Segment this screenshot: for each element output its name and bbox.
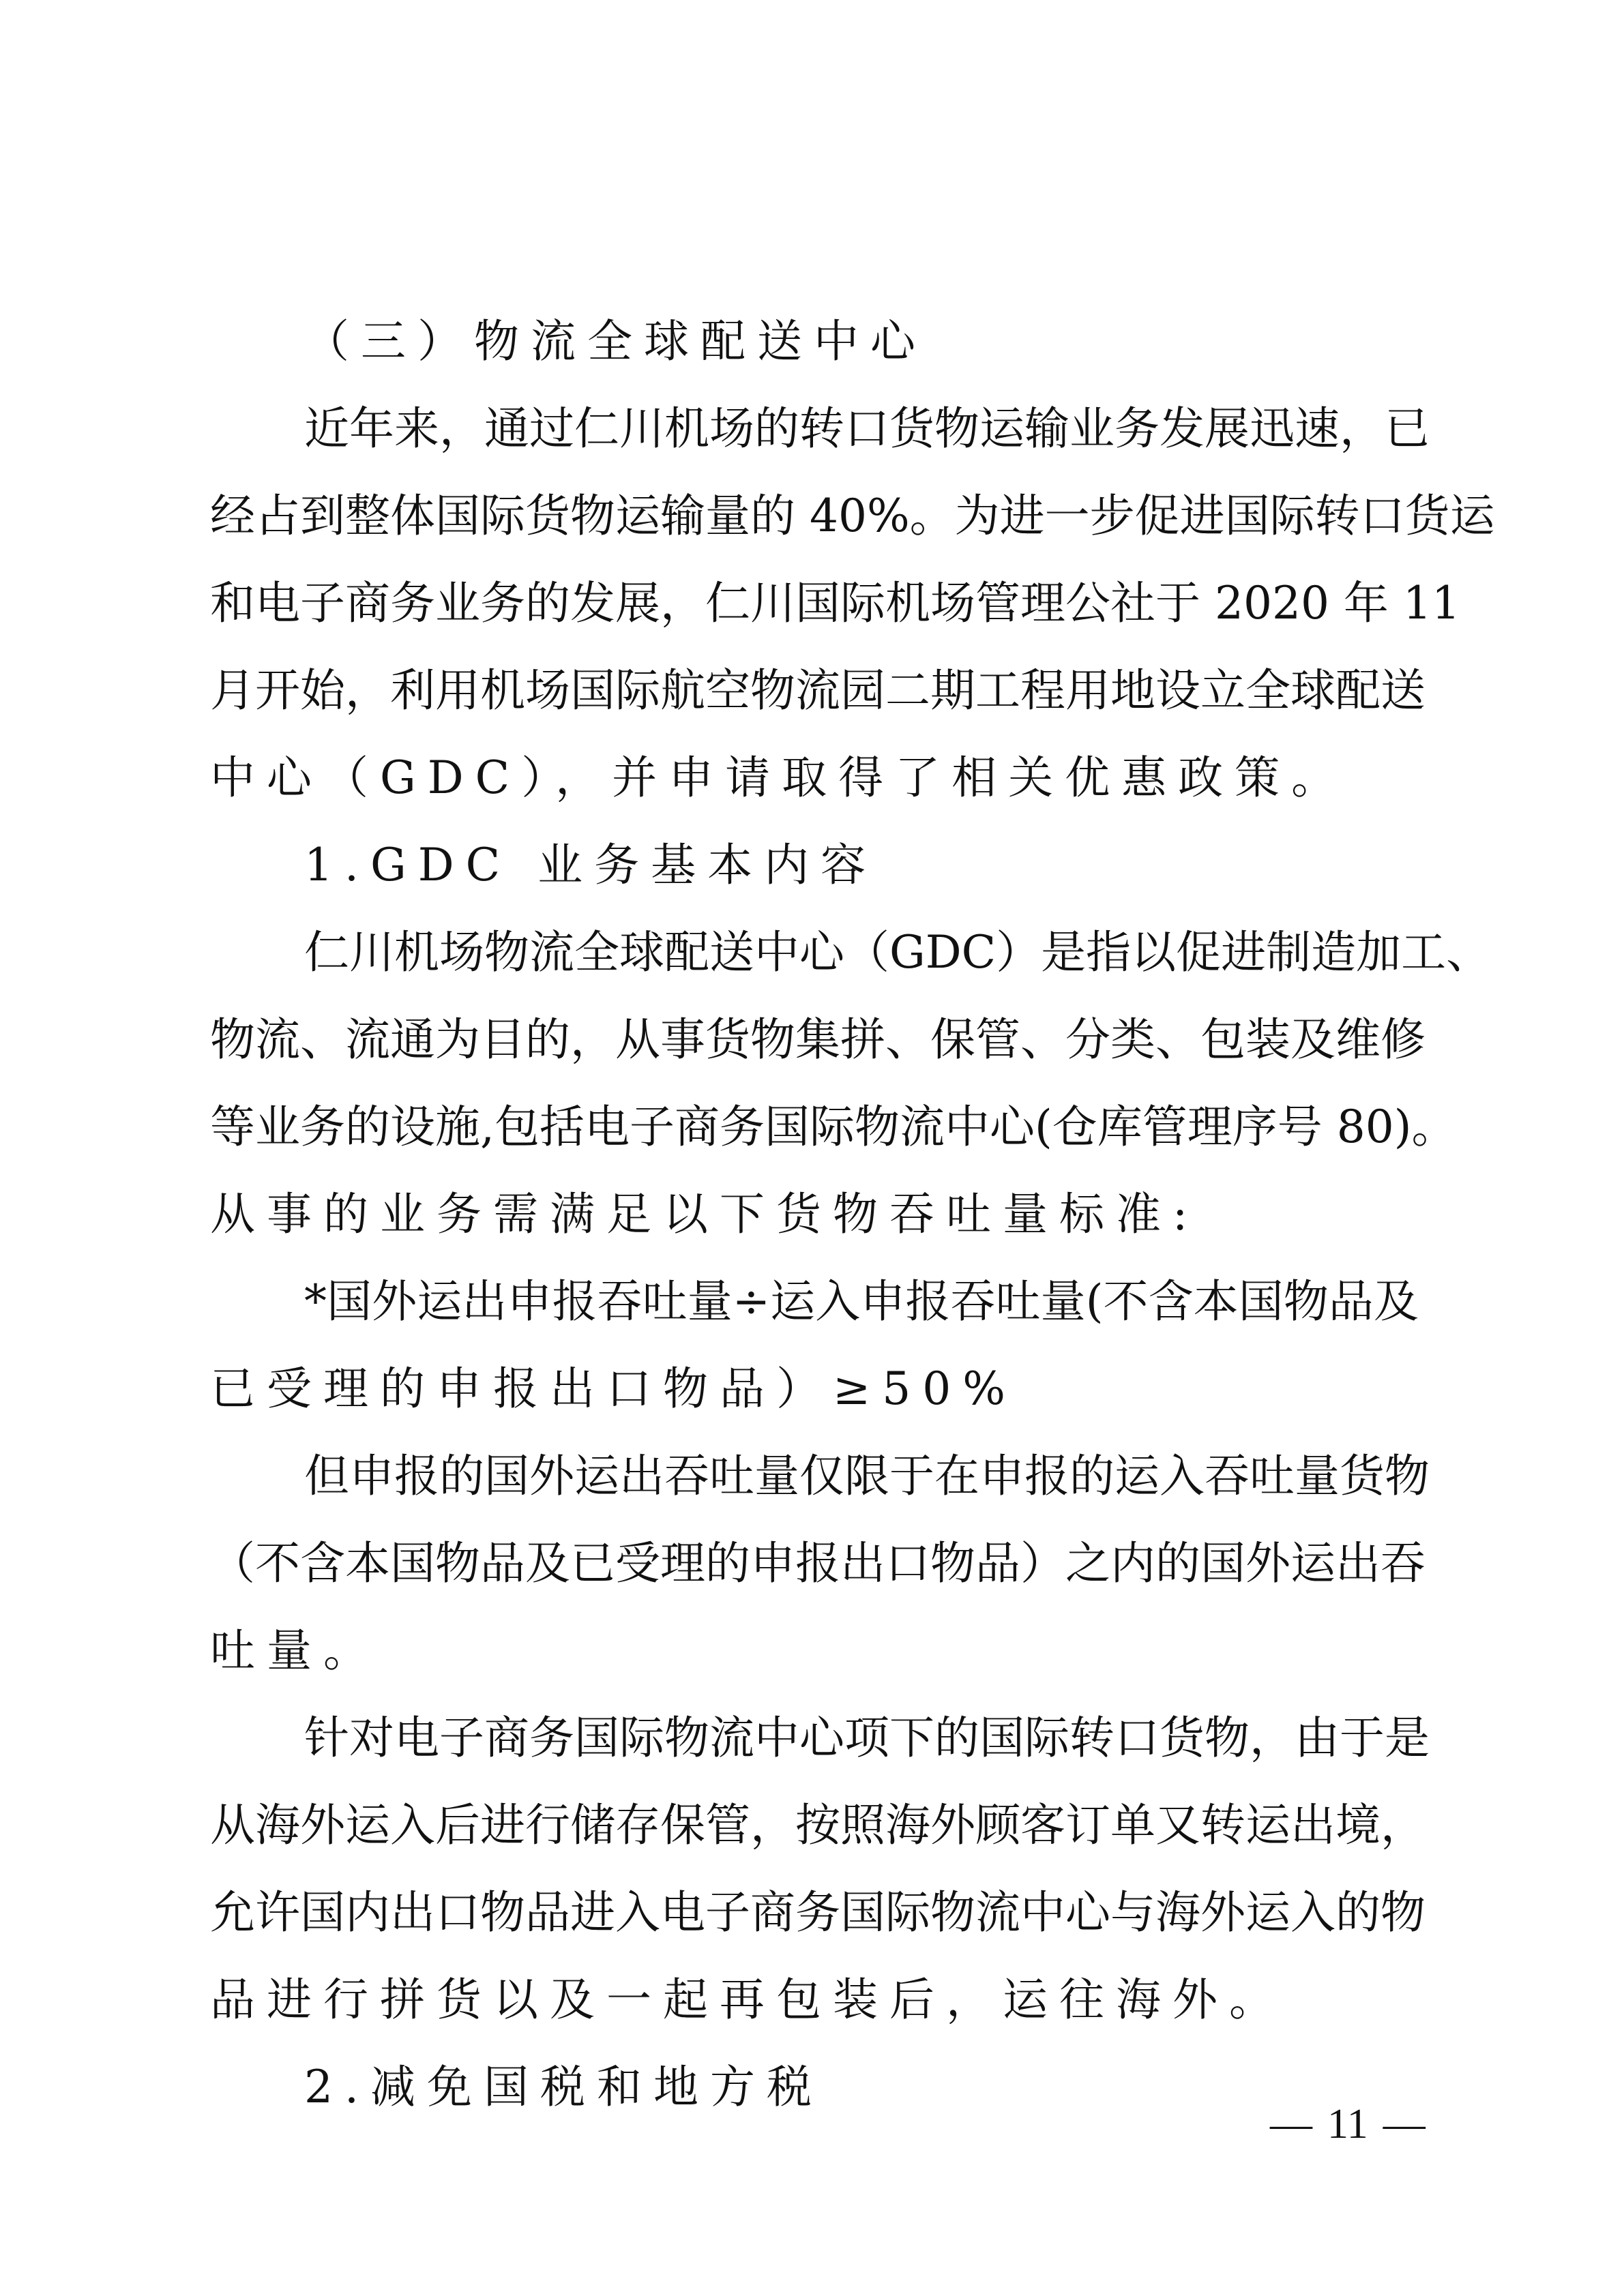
paragraph-line: 吐量。: [210, 1607, 1419, 1695]
paragraph-line: 月开始，利用机场国际航空物流园二期工程用地设立全球配送: [210, 647, 1419, 734]
paragraph-line: 等业务的设施,包括电子商务国际物流中心(仓库管理序号 80)。: [210, 1084, 1419, 1171]
gdc-paragraph: 仁川机场物流全球配送中心（GDC）是指以促进制造加工、 物流、流通为目的，从事货…: [210, 909, 1419, 1258]
formula-line: 已受理的申报出口物品）≥50%: [210, 1345, 1419, 1433]
page-number-dash-right: —: [1383, 2093, 1426, 2155]
limit-paragraph: 但申报的国外运出吞吐量仅限于在申报的运入吞吐量货物 （不含本国物品及已受理的申报…: [210, 1433, 1419, 1695]
page-number-dash-left: —: [1270, 2093, 1312, 2155]
throughput-formula: *国外运出申报吞吐量÷运入申报吞吐量(不含本国物品及 已受理的申报出口物品）≥5…: [210, 1258, 1419, 1433]
subheading-tax-reduction: 2.减免国税和地方税: [210, 2044, 1419, 2131]
body-text: （三）物流全球配送中心 近年来，通过仁川机场的转口货物运输业务发展迅速，已 经占…: [210, 298, 1419, 2131]
intro-paragraph: 近年来，通过仁川机场的转口货物运输业务发展迅速，已 经占到整体国际货物运输量的 …: [210, 385, 1419, 822]
paragraph-line: 中心（GDC），并申请取得了相关优惠政策。: [210, 734, 1419, 822]
paragraph-line: 从海外运入后进行储存保管，按照海外顾客订单又转运出境，: [210, 1782, 1419, 1869]
subheading-gdc-basics: 1.GDC 业务基本内容: [210, 822, 1419, 909]
section-heading: （三）物流全球配送中心: [210, 298, 1419, 385]
paragraph-line: （不含本国物品及已受理的申报出口物品）之内的国外运出吞: [210, 1520, 1419, 1607]
paragraph-line: 物流、流通为目的，从事货物集拼、保管、分类、包装及维修: [210, 996, 1419, 1084]
paragraph-line: 和电子商务业务的发展，仁川国际机场管理公社于 2020 年 11: [210, 560, 1419, 647]
formula-line: *国外运出申报吞吐量÷运入申报吞吐量(不含本国物品及: [210, 1258, 1419, 1345]
ecommerce-paragraph: 针对电子商务国际物流中心项下的国际转口货物，由于是 从海外运入后进行储存保管，按…: [210, 1695, 1419, 2044]
page-number-value: 11: [1327, 2101, 1368, 2147]
paragraph-line: 品进行拼货以及一起再包装后，运往海外。: [210, 1956, 1419, 2044]
paragraph-line: 从事的业务需满足以下货物吞吐量标准:: [210, 1171, 1419, 1258]
paragraph-line: 经占到整体国际货物运输量的 40%。为进一步促进国际转口货运: [210, 473, 1419, 560]
paragraph-line: 针对电子商务国际物流中心项下的国际转口货物，由于是: [210, 1695, 1419, 1782]
paragraph-line: 仁川机场物流全球配送中心（GDC）是指以促进制造加工、: [210, 909, 1419, 996]
paragraph-line: 但申报的国外运出吞吐量仅限于在申报的运入吞吐量货物: [210, 1433, 1419, 1520]
page-number: —11—: [1255, 2093, 1441, 2155]
document-page: （三）物流全球配送中心 近年来，通过仁川机场的转口货物运输业务发展迅速，已 经占…: [0, 0, 1624, 2296]
paragraph-line: 近年来，通过仁川机场的转口货物运输业务发展迅速，已: [210, 385, 1419, 473]
paragraph-line: 允许国内出口物品进入电子商务国际物流中心与海外运入的物: [210, 1869, 1419, 1956]
